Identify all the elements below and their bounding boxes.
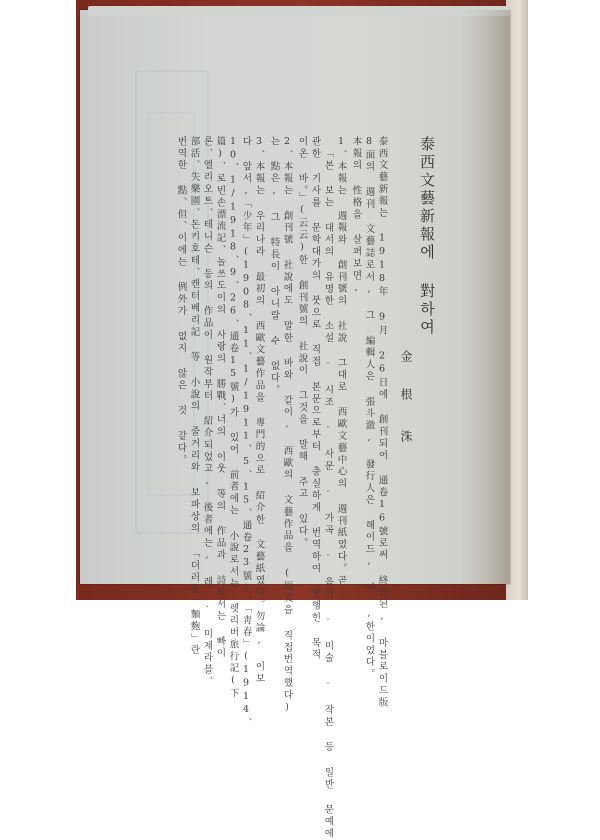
- text-column: 部活、失樂園、돈키호테、캔터베리記 等 小說의 줄거리와 보파상의 「더러운 麵…: [189, 136, 199, 600]
- text-column: 이온 바。」(云云)한 創刊號의 社說이 그것을 말해 주고 있다。: [297, 136, 307, 549]
- book-page: 泰西文藝新報에 對하여 金 根 洙 泰西文藝新報는 1918年 9月 26日에 …: [80, 10, 510, 584]
- author-char: 金: [400, 350, 412, 362]
- author-char: 洙: [400, 430, 412, 442]
- text-column: 3、本報는 우리나라 最初의 西歐文藝作品을 專門的으로 紹介한 文藝紙였다。勿…: [254, 136, 264, 600]
- text-column: 번역한 點、但、이에는 例外가 없지 않은 것 같다。: [176, 136, 186, 466]
- author-char: 根: [400, 388, 412, 400]
- page-gutter-shadow: [464, 10, 510, 584]
- text-column: 2、本報는 創刊號 社說에도 말한 바와 같이, 西歐의 文藝作品을 (原文을 …: [282, 136, 292, 600]
- article-title: 泰西文藝新報에 對하여: [419, 136, 434, 337]
- text-column: 다 앞서,「少年」(1908、11、1/1911、5、15、通卷23號)、「靑春…: [241, 136, 251, 600]
- text-column: 10、1/1918、9、26、通卷15號)가 있어 前者에는 小說로서는 렛리버…: [228, 136, 238, 600]
- text-column: 는 點은, 그 特長이 아니랄 수 없다。: [269, 136, 279, 396]
- text-column: 「본 보는 대서의 유명한 소설 · 시조 · 사문 · 가곡 · 음아 · 미…: [323, 148, 333, 600]
- text-column: 泰西文藝新報는 1918年 9月 26日에 創刊되어 通卷16號로써 終刊된, …: [377, 136, 387, 600]
- text-column: 관한 기사를 문학대가의 붓으로 직접 본문으로부터 충실하게 번역하여 발행힌…: [310, 136, 320, 600]
- text-column: 本報의 性格을 살펴보면,: [351, 136, 361, 295]
- text-column: 8面의 週刊 文藝誌로서, 그 編輯人은 張斗澈, 發行人은 해이드, 이 ,한…: [364, 136, 374, 600]
- photo-background: 泰西文藝新報에 對하여 金 根 洙 泰西文藝新報는 1918年 9月 26日에 …: [0, 0, 600, 600]
- text-column: 론、엘리오트、테니슨 등의 作品이 원작부터 紹介되었고, 後者에는, 레 · …: [202, 136, 212, 600]
- text-column: 篇)、로빈손漂流記、놀쓰도이의 사랑의 勝戰、너의 이웃 等의 作品과 詩로서는…: [215, 136, 225, 600]
- text-column: 1、本報는 週報와 創刊號의 社說 그대로 西歐文藝中心의 週刊紙였다。곧: [336, 136, 346, 587]
